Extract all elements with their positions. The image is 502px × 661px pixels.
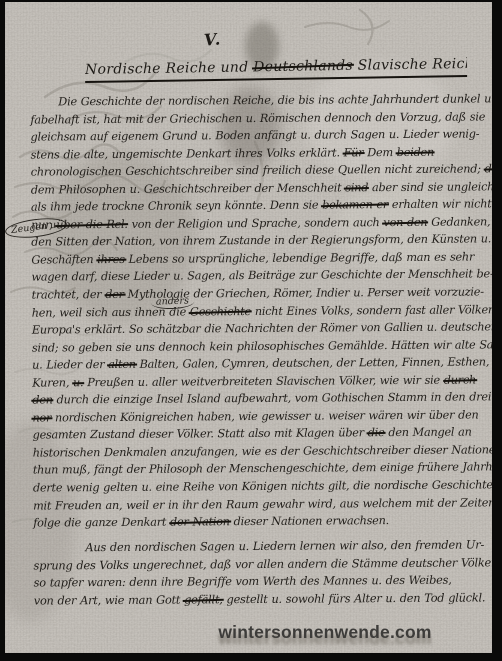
handwritten-text: fabelhaft ist, hat mit der Griechischen …: [30, 110, 485, 126]
manuscript-line: folge die ganze Denkart der Nation diese…: [33, 514, 481, 535]
handwritten-text: Aus den nordischen Sagen u. Liedern lern…: [85, 537, 484, 554]
handwritten-text: nordischen Königreichen haben, wie gewis…: [51, 408, 478, 424]
handwritten-text: von der Art, wie man Gott: [34, 593, 184, 608]
handwritten-text: Nordische Reiche und: [85, 59, 253, 78]
struck-word: beiden: [397, 145, 434, 158]
handwritten-text: den Sitten der Nation, von ihrem Zustand…: [31, 233, 491, 249]
struck-word: über die Rel.: [56, 218, 128, 231]
handwritten-text: gleichsam auf eigenem Grund u. Boden anf…: [30, 128, 479, 144]
handwritten-text: durch die einzige Insel Island aufbewahr…: [53, 391, 492, 407]
section-number: V.: [203, 29, 221, 49]
manuscript-paragraph: Die Geschichte der nordischen Reiche, di…: [30, 92, 481, 534]
handwritten-text: Gedanken, von: [427, 215, 492, 229]
handwritten-text: hen, weil sich aus ihnen die: [32, 305, 190, 319]
struck-word: von den: [383, 216, 427, 229]
handwritten-text: historischen Denkmalen anzufangen, wie e…: [33, 443, 492, 459]
handwritten-text: Kuren,: [32, 376, 73, 389]
struck-word: ihres: [97, 253, 125, 266]
manuscript-scan-page: V. Nordische Reiche und Deutschlands Sla…: [0, 0, 502, 661]
handwritten-text: mit Freuden an, weil er in ihr den Raum …: [33, 496, 492, 512]
handwritten-text: derte wenig gelten u. eine Reihe von Kön…: [33, 478, 492, 494]
struck-word: Für: [344, 146, 364, 159]
handwritten-text: Lebens so ursprüngliche, lebendige Begri…: [125, 250, 474, 265]
handwritten-text: aber sind sie ungleich werther,: [368, 180, 492, 194]
struck-word: nor: [32, 411, 51, 424]
manuscript-paragraph: Aus den nordischen Sagen u. Liedern lern…: [33, 537, 481, 612]
struck-word: u.: [73, 376, 83, 389]
handwritten-text: Mythologie der Griechen, Römer, Indier u…: [124, 285, 484, 301]
handwritten-text: Preußen u. aller weitverbreiteten Slavis…: [83, 373, 444, 389]
handwritten-text: trachtet, der: [32, 288, 106, 302]
handwritten-text: Europa's erklärt. So schätzbar die Nachr…: [32, 320, 492, 336]
chapter-title: Nordische Reiche und Deutschlands Slavis…: [85, 56, 467, 83]
handwritten-text: gesamten Zustand dieser Völker. Statt al…: [33, 427, 368, 442]
paper-sheet: V. Nordische Reiche und Deutschlands Sla…: [5, 2, 492, 653]
site-watermark: wintersonnenwende.com: [145, 622, 492, 643]
struck-word: durch: [444, 373, 476, 386]
handwritten-text: nicht Eines Volks, sondern fast aller Vö…: [251, 303, 492, 318]
handwritten-text: chronologischen Geschichtschreiber sind …: [31, 163, 485, 179]
handwritten-text: sind; so geben sie uns dennoch kein phil…: [32, 338, 492, 354]
handwritten-text: gestellt u. sowohl fürs Alter u. den Tod…: [223, 591, 486, 607]
manuscript-line: von der Art, wie man Gott gefällt, geste…: [34, 591, 482, 612]
handwritten-text: so tapfer waren: denn ihre Begriffe vom …: [34, 573, 452, 590]
handwritten-text: von der Religion und Sprache, sondern au…: [128, 216, 384, 231]
handwritten-text: Die Geschichte der nordischen Reiche, di…: [58, 92, 492, 108]
handwritten-text: u. Lieder der: [32, 358, 108, 372]
handwritten-text: wagen darf, diese Lieder u. Sagen, als B…: [31, 268, 492, 284]
struck-word: den: [485, 162, 492, 175]
handwritten-text: erhalten wir nicht: [388, 198, 492, 212]
handwritten-text: sprung des Volks ungerechnet, daß vor al…: [33, 555, 492, 572]
handwritten-text: als ihm jede trockne Chronik seyn könnte…: [31, 199, 322, 214]
struck-word: gefällt,: [184, 593, 223, 607]
handwritten-text: Dem: [363, 146, 396, 159]
handwritten-text: dem Philosophen u. Geschichtschreiber de…: [31, 181, 345, 196]
struck-word: den: [32, 394, 53, 407]
watermark-area: wintersonnenwende.com wintersonnenwende.…: [5, 619, 492, 653]
struck-word: bekamen er: [322, 198, 388, 211]
struck-word: sind: [345, 181, 368, 194]
struck-word: alten: [108, 358, 136, 371]
struck-word: die: [368, 426, 385, 439]
struck-word: der Nation: [170, 515, 230, 528]
handwritten-text: nur,: [31, 218, 56, 231]
handwritten-text: dieser Nationen erwachsen.: [230, 514, 389, 528]
handwritten-text: thun muß, fängt der Philosoph der Mensch…: [33, 461, 492, 477]
handwritten-text: folge die ganze Denkart: [33, 516, 170, 530]
handwritten-text: Balten, Galen, Cymren, deutschen, der Le…: [136, 356, 489, 371]
struck-word: Geschichte: [190, 305, 251, 318]
struck-word: der: [105, 288, 124, 301]
manuscript-body: Die Geschichte der nordischen Reiche, di…: [30, 92, 482, 611]
handwritten-text: Geschäften: [31, 253, 97, 266]
handwritten-text: den Mangel an: [384, 426, 471, 440]
handwritten-text: Slavische Reiche.: [353, 56, 467, 74]
handwritten-text: stens die alte, ungemischte Denkart ihre…: [31, 146, 344, 161]
struck-word: Deutschlands: [253, 58, 353, 76]
